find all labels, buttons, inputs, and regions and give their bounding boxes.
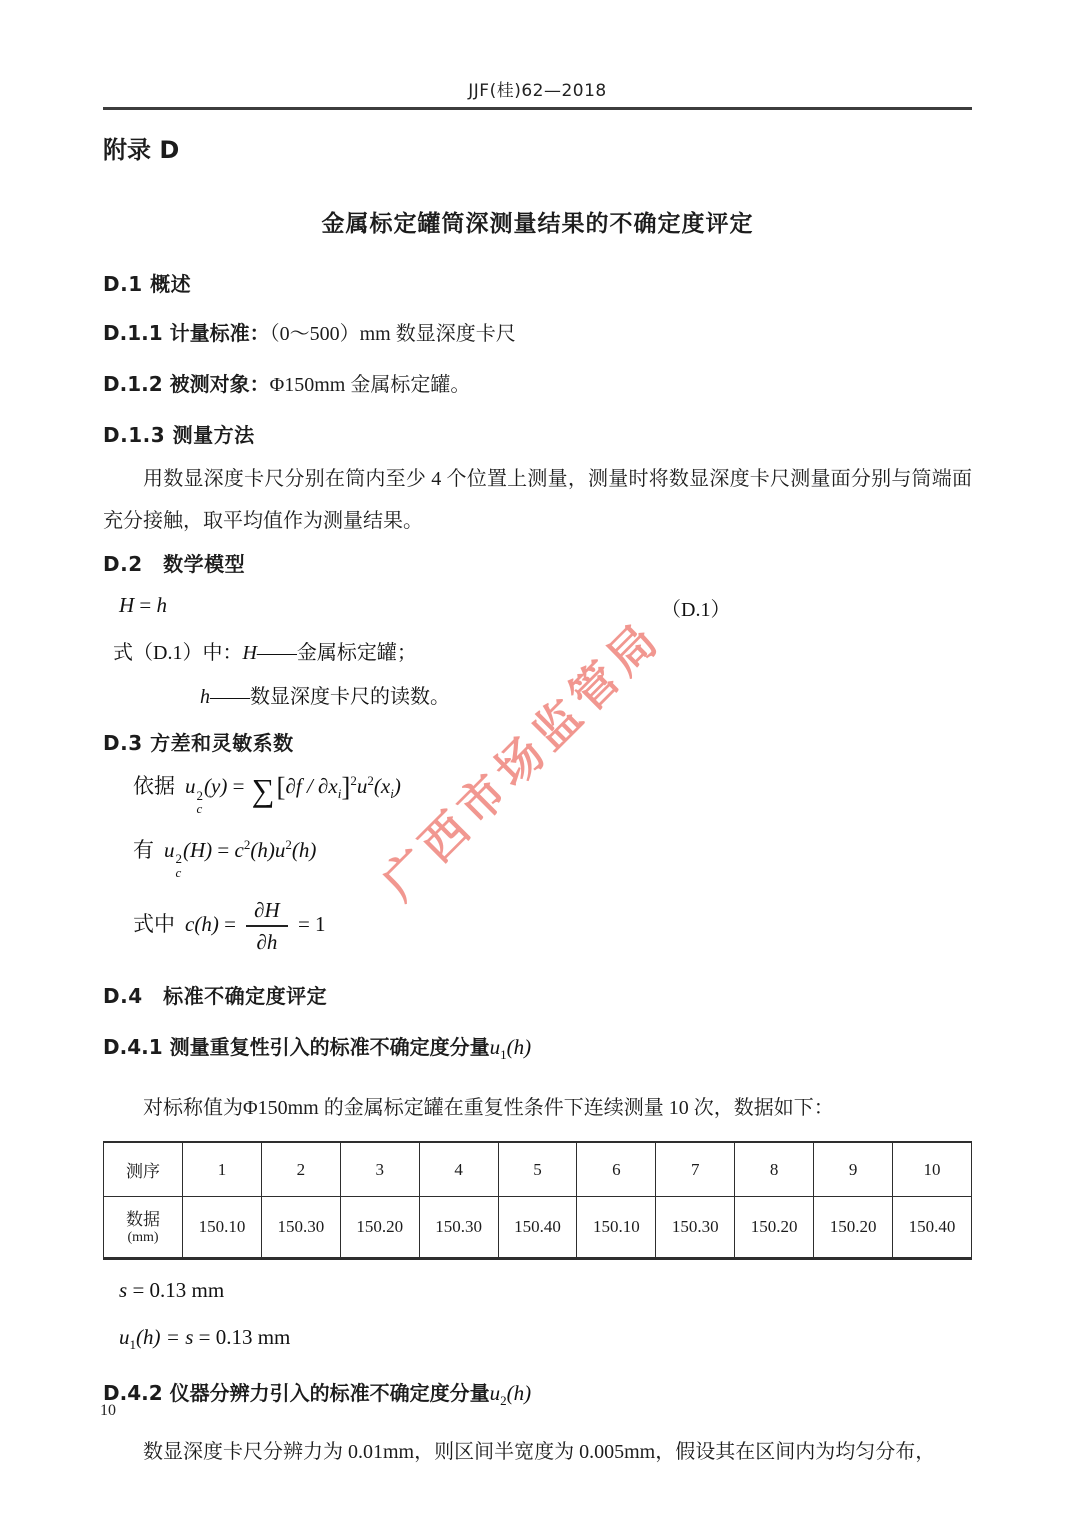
table-seq-cell: 7 <box>656 1142 735 1197</box>
table-value-cell: 150.40 <box>893 1197 972 1259</box>
fraction-denominator: ∂h <box>246 927 288 954</box>
document-page: JJF(桂)62—2018 附录 D 金属标定罐筒深测量结果的不确定度评定 D.… <box>0 0 1074 1520</box>
formula-variance-applied: 有u2c(H) = c2(h)u2(h) <box>103 834 972 880</box>
table-value-cell: 150.30 <box>419 1197 498 1259</box>
arg-y: (y) <box>204 774 227 798</box>
section-heading-d4: D.4 标准不确定度评定 <box>103 980 972 1009</box>
table-value-cell: 150.10 <box>577 1197 656 1259</box>
table-seq-cell: 10 <box>893 1142 972 1197</box>
value-d12: Φ150mm 金属标定罐。 <box>270 374 471 396</box>
u1-value: = 0.13 mm <box>193 1325 290 1349</box>
u1-arg: (h) = <box>136 1325 185 1349</box>
arg-h1: (h) <box>250 838 275 862</box>
section-line-d11: D.1.1 计量标准：（0～500）mm 数显深度卡尺 <box>103 317 972 346</box>
section-heading-d3: D.3 方差和灵敏系数 <box>103 727 972 756</box>
table-value-cell: 150.30 <box>261 1197 340 1259</box>
section-line-d12: D.1.2 被测对象：Φ150mm 金属标定罐。 <box>103 368 972 397</box>
table-seq-cell: 4 <box>419 1142 498 1197</box>
var-u: u <box>490 1381 501 1405</box>
table-seq-cell: 8 <box>735 1142 814 1197</box>
section-heading-d42: D.4.2 仪器分辨力引入的标准不确定度分量u2(h) <box>103 1377 972 1409</box>
explain-dash-2: —— <box>210 686 250 708</box>
measurement-table: 测序 1 2 3 4 5 6 7 8 9 10 数据 (mm) 150.10 1… <box>103 1141 972 1260</box>
section-heading-d1: D.1 概述 <box>103 268 972 297</box>
table-data-label-cell: 数据 (mm) <box>104 1197 183 1259</box>
formula-model: H = h （D.1） <box>103 593 972 618</box>
formula-variance-general: 依据u2c(y) = ∑[∂f / ∂xi]2u2(xi) <box>103 770 972 816</box>
math-u1h: u1(h) <box>490 1035 532 1059</box>
table-seq-cell: 2 <box>261 1142 340 1197</box>
arg-h: (h) <box>507 1035 532 1059</box>
paragraph-d13: 用数显深度卡尺分别在筒内至少 4 个位置上测量，测量时将数显深度卡尺测量面分别与… <box>103 458 972 542</box>
table-row-sequence: 测序 1 2 3 4 5 6 7 8 9 10 <box>104 1142 972 1197</box>
label-d42: D.4.2 仪器分辨力引入的标准不确定度分量 <box>103 1381 490 1405</box>
explain-intro: 式（D.1）中： <box>113 642 242 664</box>
right-bracket: ] <box>341 772 350 802</box>
table-seq-cell: 6 <box>577 1142 656 1197</box>
fraction-dH-dh: ∂H∂h <box>246 898 288 954</box>
table-data-label: 数据 <box>106 1209 180 1230</box>
table-seq-cell: 1 <box>183 1142 262 1197</box>
var-u2: u <box>357 774 368 798</box>
formula-model-tag: （D.1） <box>661 593 730 622</box>
label-d12: D.1.2 被测对象： <box>103 372 270 396</box>
equals-sign: = <box>212 838 234 862</box>
equals-sign: = <box>227 774 249 798</box>
formula-s: s = 0.13 mm <box>103 1278 972 1303</box>
sum-symbol: ∑ <box>252 772 275 808</box>
arg-H: (H) <box>183 838 212 862</box>
u-sub: c <box>176 866 182 880</box>
u-sup: 2 <box>176 852 183 866</box>
formula-u1: u1(h) = s = 0.13 mm <box>103 1325 972 1353</box>
fraction-numerator: ∂H <box>246 898 288 927</box>
var-u: u <box>185 774 196 798</box>
table-data-unit: (mm) <box>106 1230 180 1245</box>
var-u: u <box>119 1325 130 1349</box>
explain-desc-2: 数显深度卡尺的读数。 <box>250 686 450 708</box>
table-value-cell: 150.30 <box>656 1197 735 1259</box>
var-u: u <box>490 1035 501 1059</box>
explain-symbol-H: H <box>242 642 256 664</box>
formula-prefix-shizhong: 式中 <box>133 912 175 936</box>
table-value-cell: 150.20 <box>340 1197 419 1259</box>
arg-h: (h) <box>507 1381 532 1405</box>
explain-desc-1: 金属标定罐； <box>297 642 417 664</box>
table-value-cell: 150.40 <box>498 1197 577 1259</box>
u-supsub: 2c <box>197 789 204 816</box>
var-ch: c(h) <box>185 912 219 936</box>
section-heading-d41: D.4.1 测量重复性引入的标准不确定度分量u1(h) <box>103 1031 972 1063</box>
paragraph-d41: 对标称值为Φ150mm 的金属标定罐在重复性条件下连续测量 10 次，数据如下： <box>103 1087 972 1129</box>
u-sup: 2 <box>197 789 204 803</box>
label-d11: D.1.1 计量标准： <box>103 321 270 345</box>
partial-term: ∂f / ∂x <box>285 774 337 798</box>
formula-explain-line2: h——数显深度卡尺的读数。 <box>103 680 972 709</box>
formula-prefix-you: 有 <box>133 838 154 862</box>
formula-prefix-yiju: 依据 <box>133 774 175 798</box>
arg-xi-close: ) <box>394 774 401 798</box>
paragraph-d42: 数显深度卡尺分辨力为 0.01mm，则区间半宽度为 0.005mm，假设其在区间… <box>103 1431 972 1473</box>
table-row-data: 数据 (mm) 150.10 150.30 150.20 150.30 150.… <box>104 1197 972 1259</box>
formula-model-rhs: h <box>157 593 168 617</box>
arg-xi-open: (x <box>374 774 390 798</box>
u-sub: c <box>197 802 203 816</box>
header-rule <box>103 107 972 110</box>
var-u2: u <box>275 838 286 862</box>
value-d11: （0～500）mm 数显深度卡尺 <box>270 323 516 345</box>
table-value-cell: 150.10 <box>183 1197 262 1259</box>
var-c: c <box>235 838 244 862</box>
formula-model-eq: = <box>134 593 156 617</box>
section-heading-d13: D.1.3 测量方法 <box>103 419 972 448</box>
var-s: s <box>119 1278 127 1302</box>
page-number: 10 <box>100 1402 116 1420</box>
arg-h2: (h) <box>292 838 317 862</box>
explain-dash-1: —— <box>257 642 297 664</box>
table-value-cell: 150.20 <box>735 1197 814 1259</box>
equals-one: = 1 <box>293 912 326 936</box>
page-title: 金属标定罐筒深测量结果的不确定度评定 <box>103 205 972 238</box>
s-value: = 0.13 mm <box>127 1278 224 1302</box>
formula-sensitivity: 式中c(h) = ∂H∂h = 1 <box>103 898 972 954</box>
section-heading-d2: D.2 数学模型 <box>103 548 972 577</box>
u-supsub: 2c <box>176 852 183 879</box>
formula-model-lhs: H <box>119 593 134 617</box>
doc-number: JJF(桂)62—2018 <box>103 76 972 101</box>
table-seq-cell: 9 <box>814 1142 893 1197</box>
table-seq-cell: 5 <box>498 1142 577 1197</box>
var-u: u <box>164 838 175 862</box>
table-header-cell: 测序 <box>104 1142 183 1197</box>
explain-symbol-h: h <box>200 686 210 708</box>
formula-explain-line1: 式（D.1）中：H——金属标定罐； <box>103 636 972 665</box>
equals-sign-1: = <box>219 912 241 936</box>
table-value-cell: 150.20 <box>814 1197 893 1259</box>
label-d41: D.4.1 测量重复性引入的标准不确定度分量 <box>103 1035 490 1059</box>
math-u2h: u2(h) <box>490 1381 532 1405</box>
table-seq-cell: 3 <box>340 1142 419 1197</box>
appendix-label: 附录 D <box>103 130 972 165</box>
